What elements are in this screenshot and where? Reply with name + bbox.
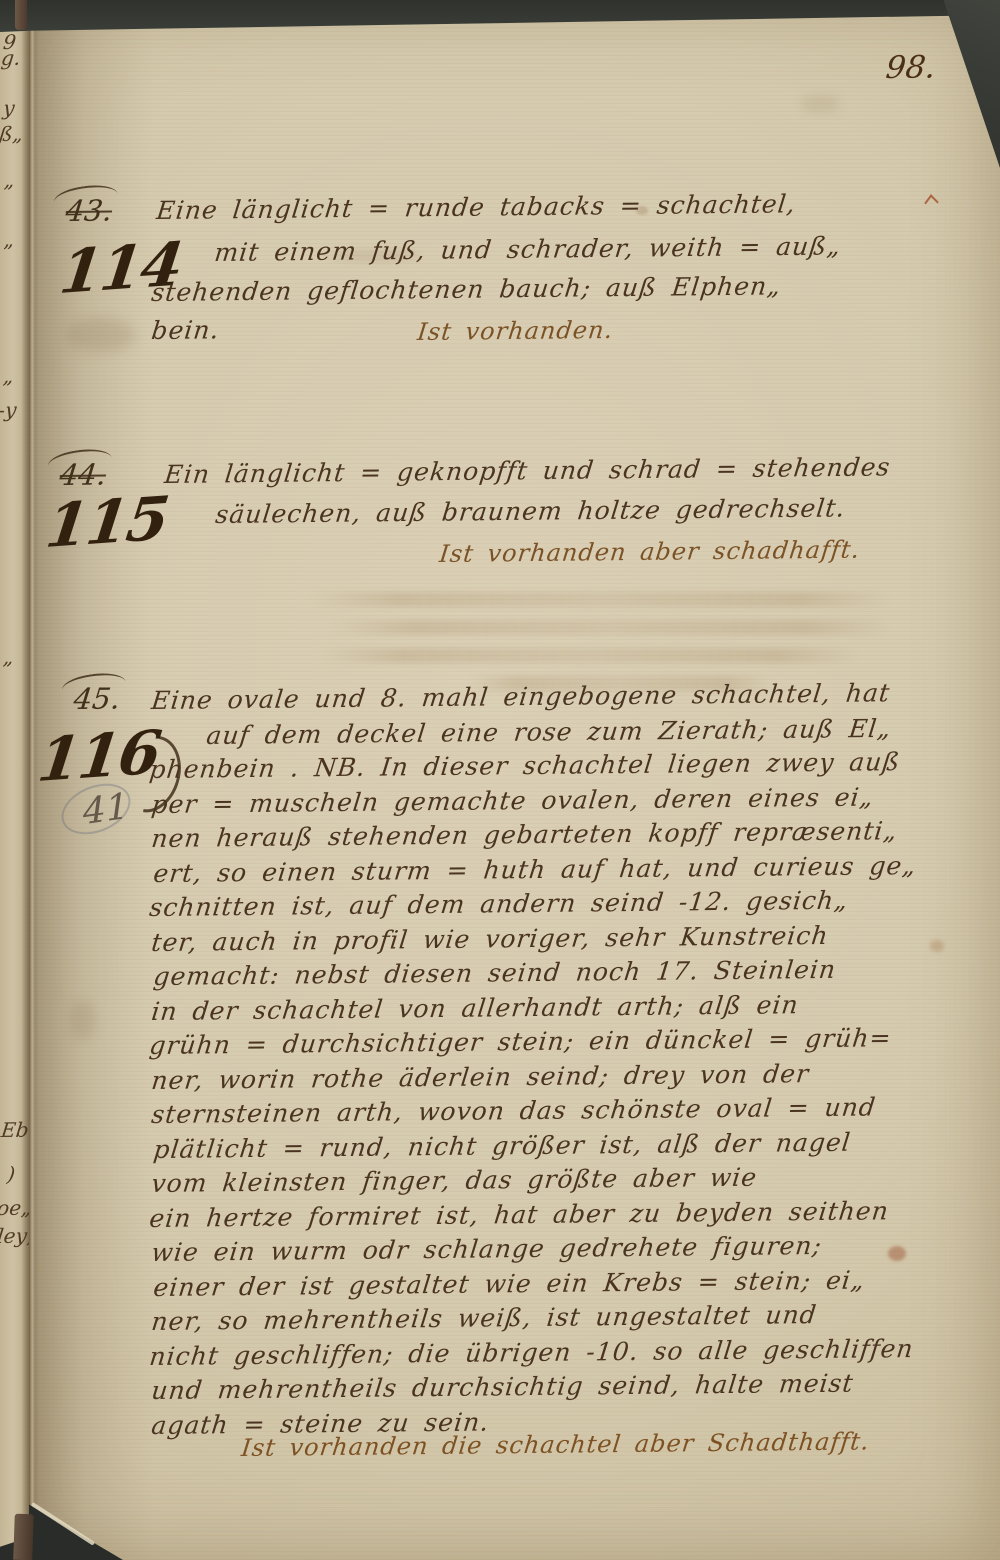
gutter-fragment: g. <box>0 46 22 70</box>
gutter-fragment: „ <box>2 364 15 388</box>
gutter-fragment: -y <box>0 398 18 422</box>
page-number: 98. <box>884 49 937 86</box>
gutter-fragment: ) <box>6 1162 17 1186</box>
gutter-fragment: y <box>2 96 16 120</box>
manuscript-scan: 9 g. y ß„ „ ” „ -y „ Eb ) oe„ ley„ 98. 4… <box>0 0 1000 1560</box>
page-sheet <box>29 0 1000 1560</box>
spine-tape-bottom <box>13 1514 34 1560</box>
gutter-fragment: ß„ <box>0 122 24 146</box>
spine-tape-top <box>15 0 27 30</box>
gutter-fragment: oe„ <box>0 1196 29 1220</box>
gutter-fragment: „ <box>2 645 15 669</box>
facing-page-edge: 9 g. y ß„ „ ” „ -y „ Eb ) oe„ ley„ <box>0 0 29 1560</box>
gutter-fragment: Eb <box>0 1118 29 1142</box>
gutter-fragment: „ <box>3 168 16 192</box>
gutter-fragment: ” <box>1 240 14 264</box>
gutter-fragment: ley„ <box>0 1224 29 1248</box>
